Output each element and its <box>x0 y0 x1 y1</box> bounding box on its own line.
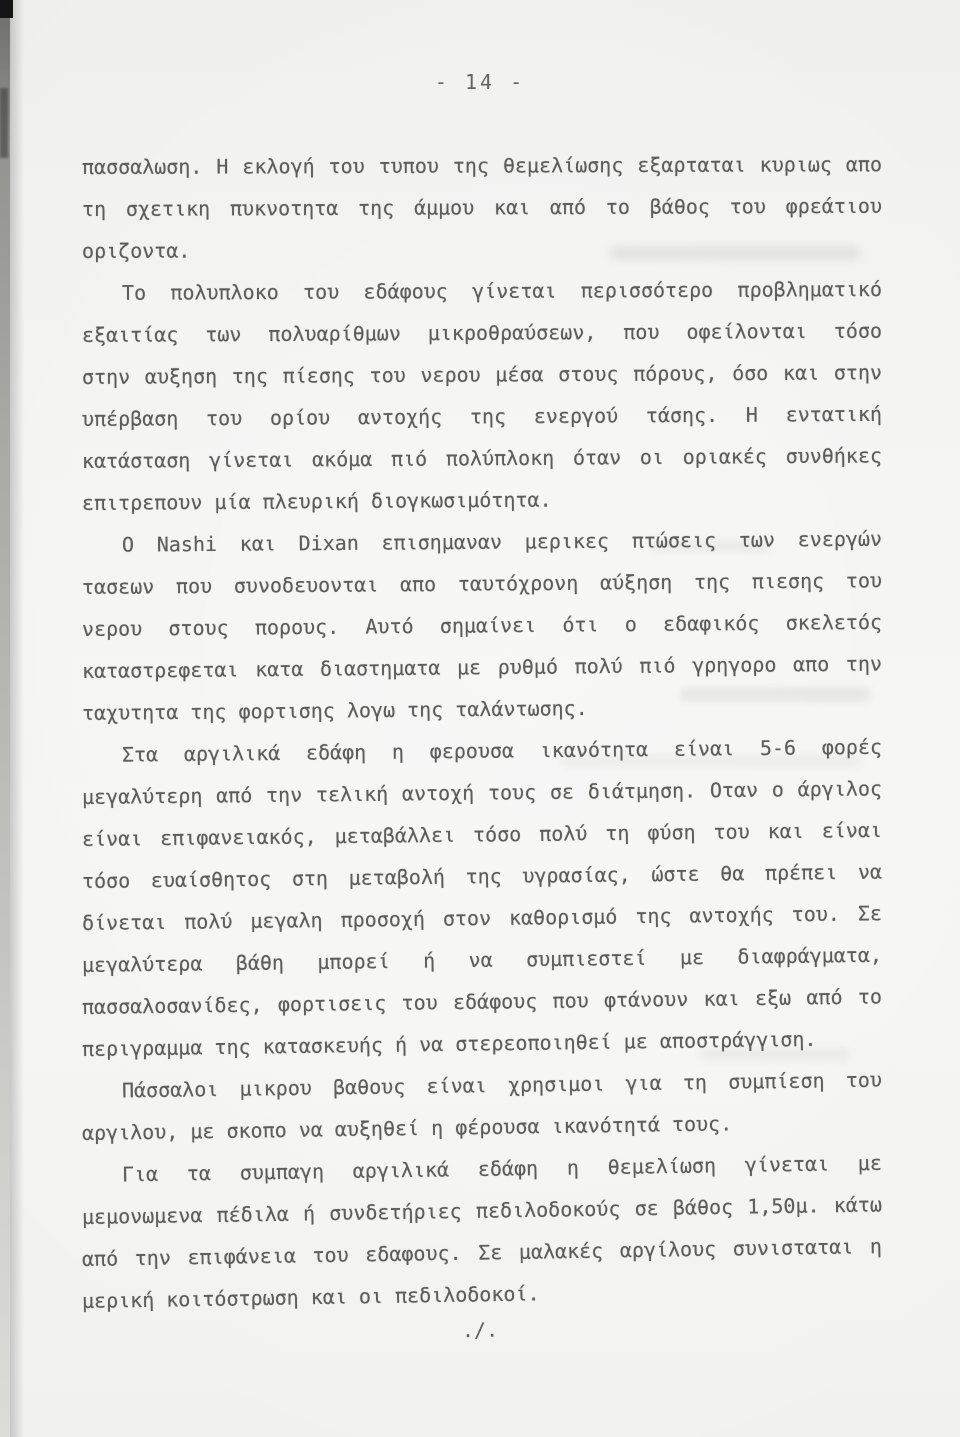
text-line: υπέρβαση του ορίου αντοχής της ενεργού τ… <box>82 393 882 440</box>
text-line: τασεων που συνοδευονται απο ταυτόχρονη α… <box>82 559 882 608</box>
text-line: επιτρεπουν μία πλευρική διογκωσιμότητα. <box>82 476 882 524</box>
scanned-document-page: - 14 - πασσαλωση. Η εκλογή του τυπου της… <box>0 0 960 1437</box>
page-edge-shadow <box>0 0 10 1437</box>
scan-corner-mark <box>0 0 13 18</box>
text-line: πασσαλωση. Η εκλογή του τυπου της θεμελί… <box>82 143 882 188</box>
text-column: πασσαλωση. Η εκλογή του τυπου της θεμελί… <box>82 0 882 1437</box>
text-line: Ο Nashi και Dixan επισημαναν μερικες πτώ… <box>82 518 882 566</box>
text-line: Το πολυπλοκο του εδάφους γίνεται περισσό… <box>82 268 882 314</box>
text-line: κατάσταση γίνεται ακόμα πιό πολύπλοκη ότ… <box>82 434 882 482</box>
text-line: νερου στους πορους. Αυτό σημαίνει ότι ο … <box>82 601 882 650</box>
text-line: οριζοντα. <box>82 226 882 272</box>
page-edge-gradient <box>10 0 24 1437</box>
text-line: εξαιτίας των πολυαρίθμων μικροθραύσεων, … <box>82 310 882 356</box>
text-line: τη σχετικη πυκνοτητα της άμμου και από τ… <box>82 185 882 230</box>
text-line: στην αυξηση της πίεσης του νερου μέσα στ… <box>82 351 882 398</box>
